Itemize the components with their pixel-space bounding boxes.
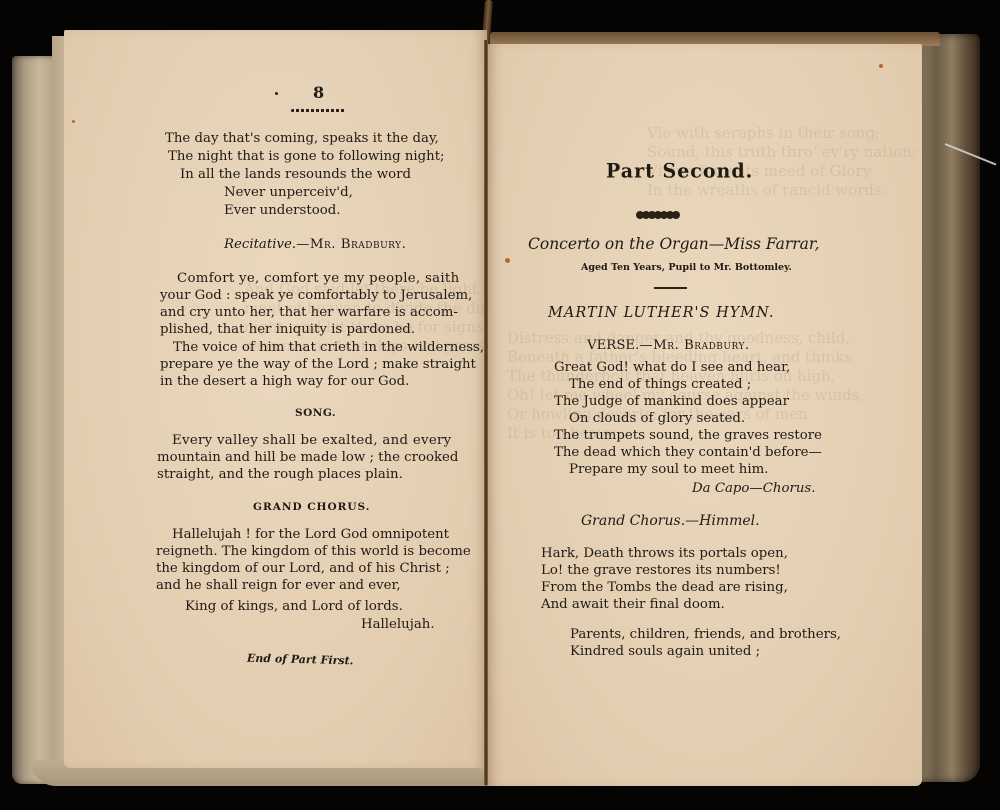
- verse-performer: —Mr. Bradbury.: [639, 338, 749, 353]
- verse-line: Lo! the grave restores its numbers!: [541, 562, 781, 579]
- verse-line: The end of things created ;: [569, 376, 751, 393]
- verse-line: Prepare my soul to meet him.: [569, 461, 768, 478]
- text-line: Hallelujah ! for the Lord God omnipotent: [172, 526, 449, 543]
- end-of-part-note: End of Part First.: [247, 650, 354, 670]
- ornament-flourish: [636, 204, 690, 213]
- text-line: plished, that her iniquity is pardoned.: [160, 321, 415, 338]
- text-line: and cry unto her, that her warfare is ac…: [160, 304, 458, 321]
- concerto-subtitle: Aged Ten Years, Pupil to Mr. Bottomley.: [581, 259, 792, 276]
- verse-line: The night that is gone to following nigh…: [168, 148, 445, 165]
- text-line: the kingdom of our Lord, and of his Chri…: [156, 560, 450, 577]
- text-line: Comfort ye, comfort ye my people, saith: [177, 270, 459, 287]
- concerto-title: Concerto on the Organ—Miss Farrar,: [528, 236, 820, 253]
- text-line: The voice of him that crieth in the wild…: [173, 339, 484, 356]
- verse-line: The dead which they contain'd before—: [554, 444, 822, 461]
- verse-line: Parents, children, friends, and brothers…: [570, 626, 841, 643]
- recitative-performer: —Mr. Bradbury.: [296, 237, 406, 252]
- recitative-heading: Recitative.—Mr. Bradbury.: [224, 236, 406, 253]
- text-line-indented: King of kings, and Lord of lords.: [185, 598, 403, 615]
- verse-line: Great God! what do I see and hear,: [554, 359, 790, 376]
- verse-line: On clouds of glory seated.: [569, 410, 745, 427]
- song-heading: SONG.: [295, 405, 336, 422]
- text-line: reigneth. The kingdom of this world is b…: [156, 543, 471, 560]
- text-line: your God : speak ye comfortably to Jerus…: [160, 287, 472, 304]
- verse-line: Never unperceiv'd,: [224, 184, 353, 201]
- text-line: Every valley shall be exalted, and every: [172, 432, 451, 449]
- verse-line: And await their final doom.: [541, 596, 725, 613]
- ornament-dot: [672, 211, 680, 219]
- verse-heading: VERSE.—Mr. Bradbury.: [587, 337, 750, 354]
- verse-line: The Judge of mankind does appear: [554, 393, 789, 410]
- text-line: straight, and the rough places plain.: [157, 466, 403, 483]
- verse-line: From the Tombs the dead are rising,: [541, 579, 788, 596]
- printer-mark: [275, 92, 278, 95]
- hymn-title: MARTIN LUTHER'S HYMN.: [548, 305, 775, 322]
- book-gutter: [484, 40, 488, 785]
- ornament-rule: [291, 109, 345, 112]
- text-line: and he shall reign for ever and ever,: [156, 577, 401, 594]
- paper-spot: [72, 120, 75, 123]
- verse-line: The day that's coming, speaks it the day…: [165, 130, 439, 147]
- verse-line: The trumpets sound, the graves restore: [554, 427, 822, 444]
- verse-line: Kindred souls again united ;: [570, 643, 760, 660]
- paper-spot: [879, 64, 883, 68]
- paper-spot: [505, 258, 510, 263]
- page-number: 8: [313, 84, 324, 101]
- grand-chorus-heading: GRAND CHORUS.: [253, 499, 370, 516]
- part-second-title: Part Second.: [606, 163, 753, 181]
- verse-label: VERSE.: [587, 338, 639, 353]
- open-book: And God said let there be light in the f…: [0, 0, 1000, 810]
- text-line: mountain and hill be made low ; the croo…: [157, 449, 458, 466]
- hallelujah-closing: Hallelujah.: [361, 616, 435, 633]
- recitative-label: Recitative.: [224, 237, 296, 252]
- verse-line: Hark, Death throws its portals open,: [541, 545, 788, 562]
- section-rule: [654, 287, 687, 289]
- verse-line: In all the lands resounds the word: [180, 166, 411, 183]
- grand-chorus-himmel-heading: Grand Chorus.—Himmel.: [581, 513, 760, 530]
- text-line: prepare ye the way of the Lord ; make st…: [160, 356, 476, 373]
- text-line: in the desert a high way for our God.: [160, 373, 409, 390]
- verse-line: Ever understood.: [224, 202, 340, 219]
- da-capo-note: Da Capo—Chorus.: [692, 480, 815, 497]
